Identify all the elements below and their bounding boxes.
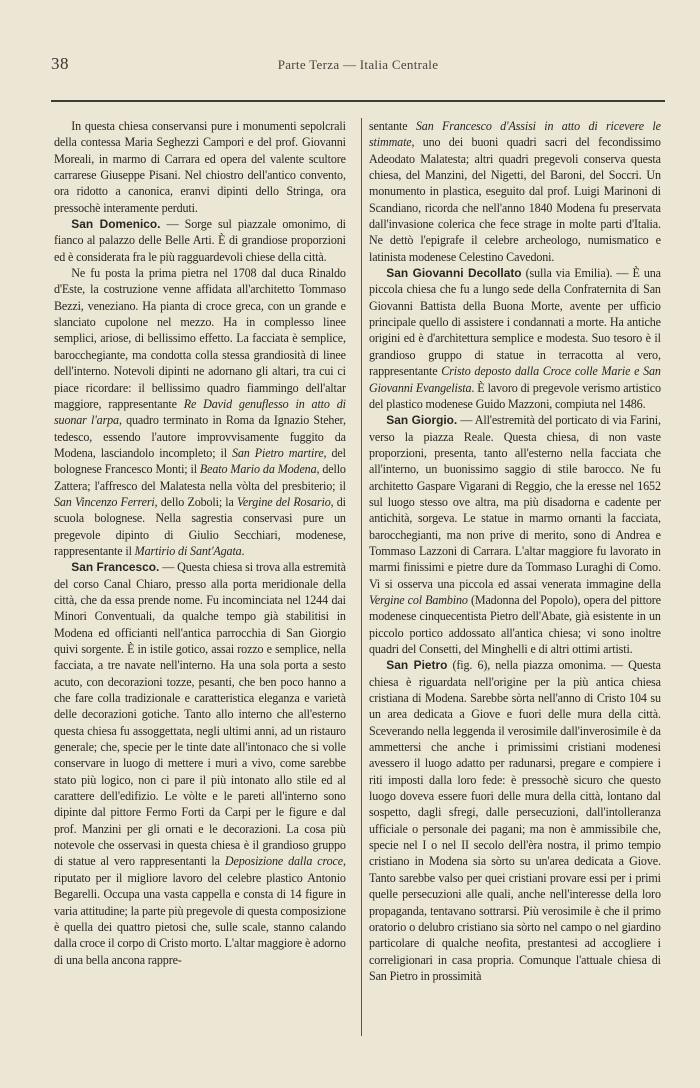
artwork-title: Deposizione dalla croce [225,854,343,868]
paragraph-san-francesco: San Francesco. — Questa chiesa si trova … [54,559,346,968]
section-heading-san-domenico: San Domenico. [71,217,160,231]
paragraph-san-francesco-cont: sentante San Francesco d'Assisi in atto … [369,118,661,265]
paragraph-text: , uno dei buoni quadri sacri del fecondi… [369,135,661,263]
paragraph-text: — All'estremità del porticato di via Far… [369,413,661,590]
header-rule [51,100,665,102]
section-heading-san-pietro: San Pietro [386,658,447,672]
paragraph-san-giorgio: San Giorgio. — All'estremità del portica… [369,412,661,657]
paragraph-text: (fig. 6), nella piazza omonima. — Questa… [369,658,661,983]
page-header: 38 Parte Terza — Italia Centrale [51,52,665,74]
artwork-title: San Pietro martire [232,446,324,460]
artwork-title: Vergine del Rosario [237,495,331,509]
paragraph-san-domenico-history: Ne fu posta la prima pietra nel 1708 dal… [54,265,346,559]
paragraph-san-giovanni-decollato: San Giovanni Decollato (sulla via Emilia… [369,265,661,412]
section-heading-san-giorgio: San Giorgio. [386,413,457,427]
paragraph-san-pietro: San Pietro (fig. 6), nella piazza omonim… [369,657,661,984]
artwork-title: Beato Mario da Modena [200,462,317,476]
right-column: sentante San Francesco d'Assisi in atto … [369,118,661,984]
paragraph-monuments: In questa chiesa conservansi pure i monu… [54,118,346,216]
paragraph-text: . [242,544,245,558]
paragraph-text: , dello Zoboli; la [155,495,237,509]
paragraph-text: , riputato per il migliore lavoro del ce… [54,854,346,966]
artwork-title: Martirio di Sant'Agata [135,544,242,558]
book-page: 38 Parte Terza — Italia Centrale In ques… [0,0,700,1088]
paragraph-text: — Questa chiesa si trova alla estremità … [54,560,346,868]
artwork-title: Vergine col Bambino [369,593,468,607]
paragraph-san-domenico: San Domenico. — Sorge sul piazzale omoni… [54,216,346,265]
column-divider [361,118,362,1036]
paragraph-text: In questa chiesa conservansi pure i monu… [54,119,346,215]
artwork-title: San Vincenzo Ferreri [54,495,155,509]
left-column: In questa chiesa conservansi pure i monu… [54,118,346,968]
section-heading-san-giovanni-decollato: San Giovanni Decollato [386,266,521,280]
paragraph-text: sentante [369,119,416,133]
paragraph-text: (sulla via Emilia). — È una piccola chie… [369,266,661,378]
section-heading-san-francesco: San Francesco. [71,560,159,574]
running-title: Parte Terza — Italia Centrale [51,57,665,73]
paragraph-text: Ne fu posta la prima pietra nel 1708 dal… [54,266,346,411]
